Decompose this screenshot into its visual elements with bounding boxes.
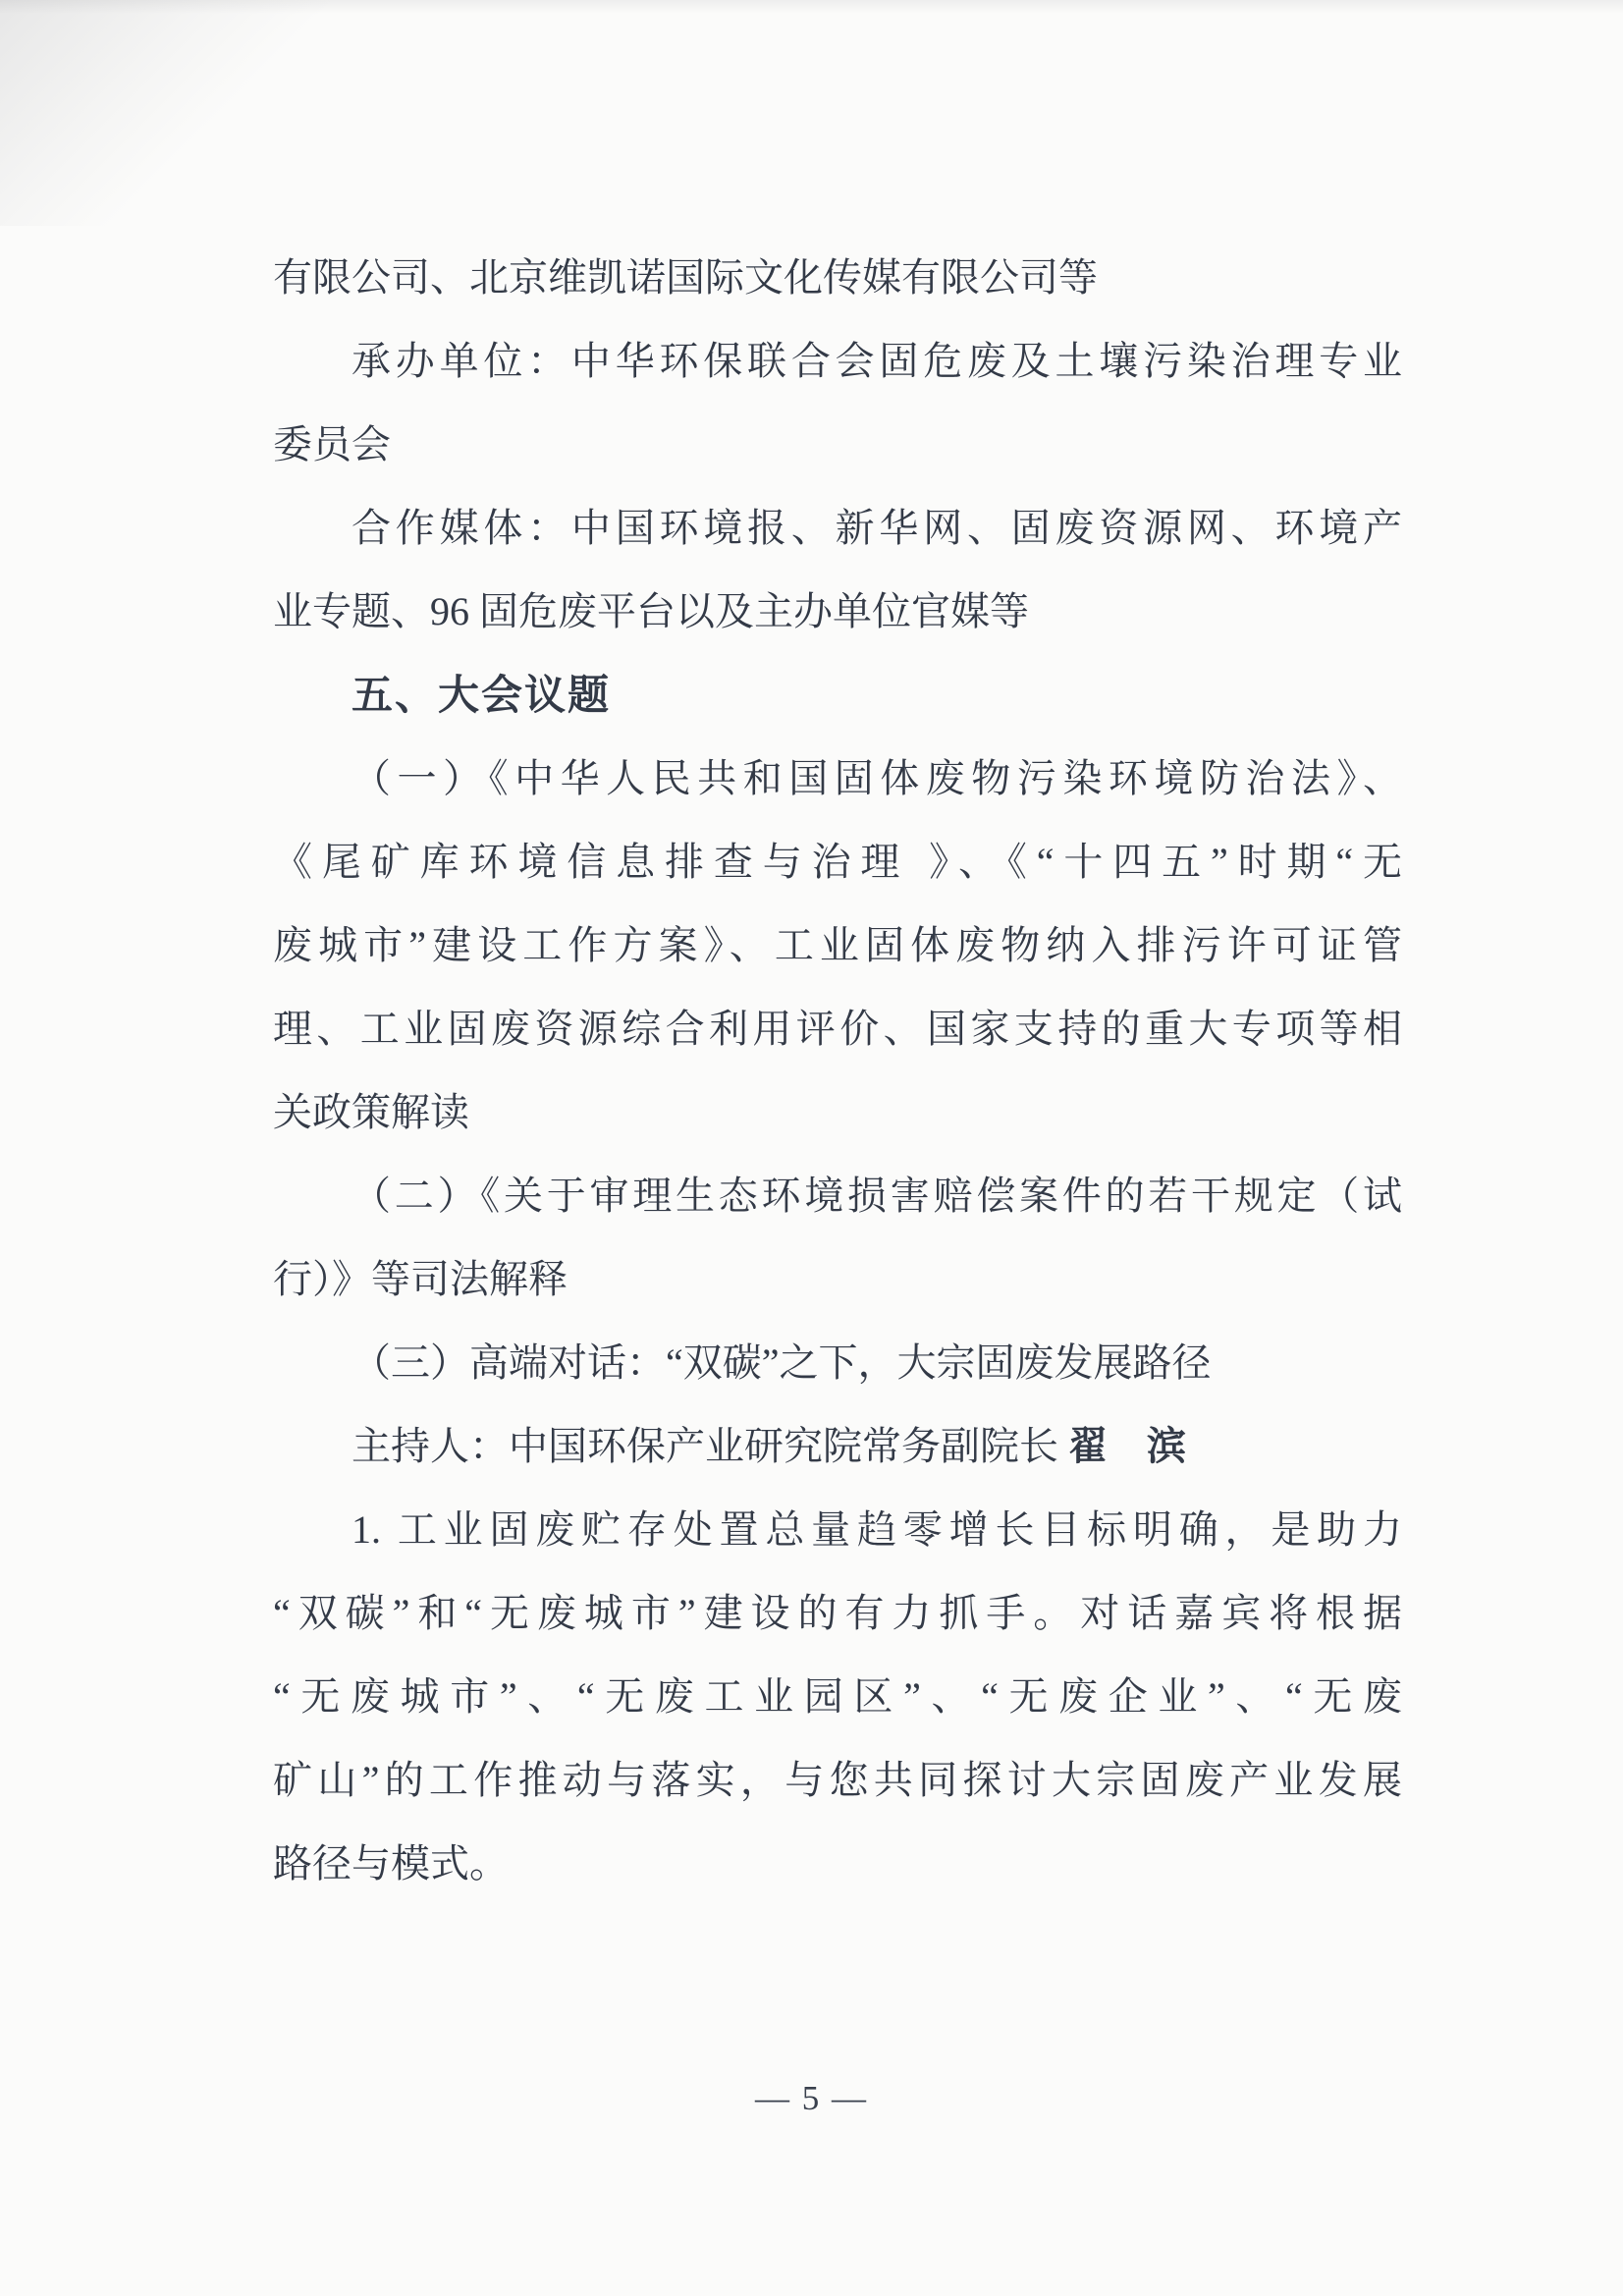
- text-line: 《尾矿库环境信息排查与治理 》、《“十四五”时期“无: [273, 820, 1402, 903]
- text-line: （二）《关于审理生态环境损害赔偿案件的若干规定（试: [273, 1154, 1402, 1237]
- text-segment: 合作媒体：中国环境报、新华网、固废资源网、环境产: [352, 506, 1402, 550]
- text-line: 业专题、96 固危废平台以及主办单位官媒等: [273, 570, 1402, 653]
- text-segment: “无废城市”、“无废工业园区”、“无废企业”、“无废: [273, 1674, 1402, 1719]
- text-line: （三）高端对话：“双碳”之下，大宗固废发展路径: [273, 1321, 1402, 1404]
- bold-text: 五、大会议题: [352, 672, 611, 718]
- text-segment: 关政策解读: [273, 1090, 469, 1134]
- bold-text: 翟 滨: [1068, 1424, 1186, 1468]
- section-heading: 五、大会议题: [273, 653, 1402, 737]
- document-body: 有限公司、北京维凯诺国际文化传媒有限公司等承办单位：中华环保联合会固危废及土壤污…: [273, 236, 1402, 1905]
- text-segment: 有限公司、北京维凯诺国际文化传媒有限公司等: [273, 255, 1098, 300]
- text-line: “无废城市”、“无废工业园区”、“无废企业”、“无废: [273, 1655, 1402, 1738]
- text-line: （一）《中华人民共和国固体废物污染环境防治法》、: [273, 737, 1402, 820]
- text-line: 矿山”的工作推动与落实，与您共同探讨大宗固废产业发展: [273, 1738, 1402, 1822]
- text-segment: 承办单位：中华环保联合会固危废及土壤污染治理专业: [352, 339, 1402, 383]
- text-line: 路径与模式。: [273, 1822, 1402, 1905]
- text-line: 行）》等司法解释: [273, 1237, 1402, 1321]
- text-line: 关政策解读: [273, 1070, 1402, 1154]
- text-segment: 路径与模式。: [273, 1841, 509, 1886]
- text-line: 合作媒体：中国环境报、新华网、固废资源网、环境产: [273, 486, 1402, 570]
- scan-artifact-edge: [0, 0, 1623, 14]
- text-line: 有限公司、北京维凯诺国际文化传媒有限公司等: [273, 236, 1402, 319]
- text-segment: 业专题、96 固危废平台以及主办单位官媒等: [273, 589, 1029, 633]
- text-line: “双碳”和“无废城市”建设的有力抓手。对话嘉宾将根据: [273, 1571, 1402, 1655]
- text-segment: 废城市”建设工作方案》、工业固体废物纳入排污许可证管: [273, 923, 1402, 967]
- text-segment: 矿山”的工作推动与落实，与您共同探讨大宗固废产业发展: [273, 1758, 1402, 1802]
- text-segment: 行）》等司法解释: [273, 1257, 568, 1301]
- text-line: 主持人：中国环保产业研究院常务副院长 翟 滨: [273, 1404, 1402, 1488]
- text-segment: 《尾矿库环境信息排查与治理 》、《“十四五”时期“无: [273, 840, 1402, 884]
- text-line: 理、工业固废资源综合利用评价、国家支持的重大专项等相: [273, 987, 1402, 1070]
- text-segment: （三）高端对话：“双碳”之下，大宗固废发展路径: [352, 1340, 1212, 1385]
- scan-artifact-corner: [0, 0, 334, 226]
- text-segment: （一）《中华人民共和国固体废物污染环境防治法》、: [352, 756, 1402, 800]
- text-segment: 理、工业固废资源综合利用评价、国家支持的重大专项等相: [273, 1007, 1402, 1051]
- page-number: — 5 —: [0, 2074, 1623, 2123]
- document-page: 有限公司、北京维凯诺国际文化传媒有限公司等承办单位：中华环保联合会固危废及土壤污…: [0, 0, 1623, 2296]
- text-segment: 1. 工业固废贮存处置总量趋零增长目标明确，是助力: [352, 1507, 1402, 1552]
- text-line: 1. 工业固废贮存处置总量趋零增长目标明确，是助力: [273, 1488, 1402, 1571]
- text-segment: （二）《关于审理生态环境损害赔偿案件的若干规定（试: [352, 1174, 1402, 1218]
- text-line: 承办单位：中华环保联合会固危废及土壤污染治理专业: [273, 319, 1402, 403]
- text-segment: 委员会: [273, 422, 391, 466]
- text-segment: “双碳”和“无废城市”建设的有力抓手。对话嘉宾将根据: [273, 1591, 1402, 1635]
- text-line: 废城市”建设工作方案》、工业固体废物纳入排污许可证管: [273, 903, 1402, 987]
- text-segment: 主持人：中国环保产业研究院常务副院长: [352, 1424, 1068, 1468]
- text-line: 委员会: [273, 403, 1402, 486]
